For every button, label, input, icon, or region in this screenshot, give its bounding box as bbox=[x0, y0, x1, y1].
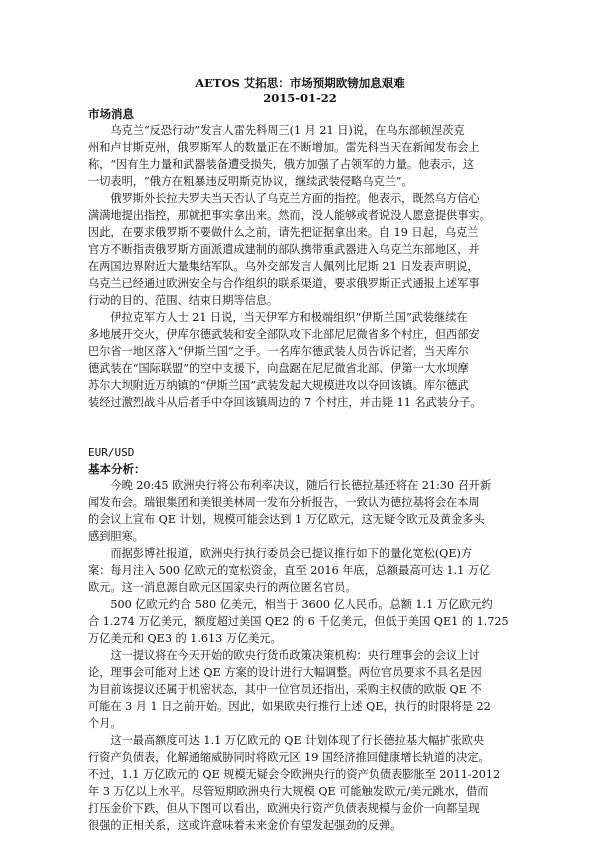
market-news-body: 乌克兰“反恐行动”发言人雷先科周三(1 月 21 日)说，在乌东部顿涅茨克州和卢… bbox=[88, 122, 512, 411]
text-line: 行动的目的、范围、结束日期等信息。 bbox=[88, 292, 512, 309]
section-heading-market-news: 市场消息 bbox=[88, 106, 512, 122]
text-line: 为目前该提议还属于机密状态，其中一位官员还指出，采购主权债的欧版 QE 不 bbox=[88, 681, 512, 698]
text-line: 一切表明，“俄方在粗暴违反明斯克协议，继续武装侵略乌克兰”。 bbox=[88, 173, 512, 190]
text-line: 伊拉克军方人士 21 日说，当天伊军方和极端组织“伊斯兰国”武装继续在 bbox=[88, 309, 512, 326]
text-line: 案：每月注入 500 亿欧元的宽松资金，直至 2016 年底，总额最高可达 1.… bbox=[88, 562, 512, 579]
text-line: 乌克兰“反恐行动”发言人雷先科周三(1 月 21 日)说，在乌东部顿涅茨克 bbox=[88, 122, 512, 139]
paragraph: 而据彭博社报道，欧洲央行执行委员会已提议推行如下的量化宽松(QE)方案：每月注入… bbox=[88, 545, 512, 596]
text-line: 这一提议将在今天开始的欧央行货币政策决策机构：央行理事会的会议上讨 bbox=[88, 647, 512, 664]
text-line: 可能在 3 月 1 日之前开始。因此，如果欧央行推行上述 QE，执行的时限将是 … bbox=[88, 698, 512, 715]
text-line: 装经过激烈战斗从后者手中夺回该镇周边的 7 个村庄，并击毙 11 名武装分子。 bbox=[88, 394, 512, 411]
text-line: 官方不断指责俄罗斯方面派遣成建制的部队携带重武器进入乌克兰东部地区，并 bbox=[88, 241, 512, 258]
text-line: 个月。 bbox=[88, 715, 512, 732]
paragraph: 500 亿欧元约合 580 亿美元，相当于 3600 亿人民币。总额 1.1 万… bbox=[88, 596, 512, 647]
text-line: 苏尔大坝附近万纳镇的“伊斯兰国”武装发起大规模进攻以夺回该镇。库尔德武 bbox=[88, 377, 512, 394]
paragraph: 今晚 20:45 欧洲央行将公布利率决议，随后行长德拉基还将在 21:30 召开… bbox=[88, 477, 512, 545]
text-line: 感到胆寒。 bbox=[88, 528, 512, 545]
text-line: 很强的正相关系，这或许意味着未来金价有望发起强劲的反弹。 bbox=[88, 817, 512, 834]
paragraph: 这一最高额度可达 1.1 万亿欧元的 QE 计划体现了行长德拉基大幅扩张欧央行资… bbox=[88, 732, 512, 834]
text-line: 多地展开交火，伊库尔德武装和安全部队攻下北部尼尼微省多个村庄，但西部安 bbox=[88, 326, 512, 343]
text-line: 500 亿欧元约合 580 亿美元，相当于 3600 亿人民币。总额 1.1 万… bbox=[88, 596, 512, 613]
text-line: 打压金价下跌，但从下图可以看出，欧洲央行资产负债表规模与金价一向都呈现 bbox=[88, 800, 512, 817]
text-line: 论，理事会可能对上述 QE 方案的设计进行大幅调整。两位官员要求不具名是因 bbox=[88, 664, 512, 681]
text-line: 满满地提出指控，那就把事实拿出来。然而，没人能够或者说没人愿意提供事实。 bbox=[88, 207, 512, 224]
text-line: 乌克兰已经通过欧洲安全与合作组织的联系渠道，要求俄罗斯正式通报上述军事 bbox=[88, 275, 512, 292]
text-line: 德武装在“国际联盟”的空中支援下，向盘踞在尼尼微省北部、伊第一大水坝摩 bbox=[88, 360, 512, 377]
text-line: 州和卢甘斯克州，俄罗斯军人的数量正在不断增加。雷先科当天在新闻发布会上 bbox=[88, 139, 512, 156]
document-title: AETOS 艾拓思：市场预期欧镑加息艰难 bbox=[88, 76, 512, 91]
text-line: 俄罗斯外长拉夫罗夫当天否认了乌克兰方面的指控。他表示，既然乌方信心 bbox=[88, 190, 512, 207]
paragraph: 这一提议将在今天开始的欧央行货币政策决策机构：央行理事会的会议上讨论，理事会可能… bbox=[88, 647, 512, 732]
text-line: 不过，1.1 万亿欧元的 QE 规模无疑会令欧洲央行的资产负债表膨胀至 2011… bbox=[88, 766, 512, 783]
text-line: 万亿美元和 QE3 的 1.613 万亿美元。 bbox=[88, 630, 512, 647]
text-line: 在两国边界附近大量集结军队。乌外交部发言人佩列比尼斯 21 日发表声明说， bbox=[88, 258, 512, 275]
text-line: 行资产负债表，化解通缩威胁同时将欧元区 19 国经济推回健康增长轨道的决定。 bbox=[88, 749, 512, 766]
currency-pair-label: EUR/USD bbox=[88, 445, 512, 461]
text-line: 这一最高额度可达 1.1 万亿欧元的 QE 计划体现了行长德拉基大幅扩张欧央 bbox=[88, 732, 512, 749]
document-page: AETOS 艾拓思：市场预期欧镑加息艰难 2015-01-22 市场消息 乌克兰… bbox=[88, 76, 512, 834]
text-line: 欧元。这一消息源自欧元区国家央行的两位匿名官员。 bbox=[88, 579, 512, 596]
fundamental-analysis-body: 今晚 20:45 欧洲央行将公布利率决议，随后行长德拉基还将在 21:30 召开… bbox=[88, 477, 512, 834]
text-line: 巴尔省一地区落入“伊斯兰国”之手。一名库尔德武装人员告诉记者，当天库尔 bbox=[88, 343, 512, 360]
text-line: 合 1.274 万亿美元，额度超过美国 QE2 的 6 千亿美元，但低于美国 Q… bbox=[88, 613, 512, 630]
paragraph: 乌克兰“反恐行动”发言人雷先科周三(1 月 21 日)说，在乌东部顿涅茨克州和卢… bbox=[88, 122, 512, 190]
text-line: 闻发布会。瑞银集团和美银美林周一发布分析报告，一致认为德拉基将会在本周 bbox=[88, 494, 512, 511]
section-gap bbox=[88, 411, 512, 445]
text-line: 今晚 20:45 欧洲央行将公布利率决议，随后行长德拉基还将在 21:30 召开… bbox=[88, 477, 512, 494]
section-heading-fundamental-analysis: 基本分析： bbox=[88, 461, 512, 477]
paragraph: 俄罗斯外长拉夫罗夫当天否认了乌克兰方面的指控。他表示，既然乌方信心满满地提出指控… bbox=[88, 190, 512, 309]
text-line: 年 3 万亿以上水平。尽管短期欧洲央行大规模 QE 可能触发欧元/美元跳水，借而 bbox=[88, 783, 512, 800]
text-line: 的会议上宣布 QE 计划，规模可能会达到 1 万亿欧元，这无疑令欧元及黄金多头 bbox=[88, 511, 512, 528]
paragraph: 伊拉克军方人士 21 日说，当天伊军方和极端组织“伊斯兰国”武装继续在多地展开交… bbox=[88, 309, 512, 411]
text-line: 称，“因有生力量和武器装备遭受损失，俄方加强了占领军的力量。他表示，这 bbox=[88, 156, 512, 173]
document-date: 2015-01-22 bbox=[88, 91, 512, 106]
text-line: 而据彭博社报道，欧洲央行执行委员会已提议推行如下的量化宽松(QE)方 bbox=[88, 545, 512, 562]
text-line: 因此，在要求俄罗斯不要做什么之前，请先把证据拿出来。自 19 日起，乌克兰 bbox=[88, 224, 512, 241]
